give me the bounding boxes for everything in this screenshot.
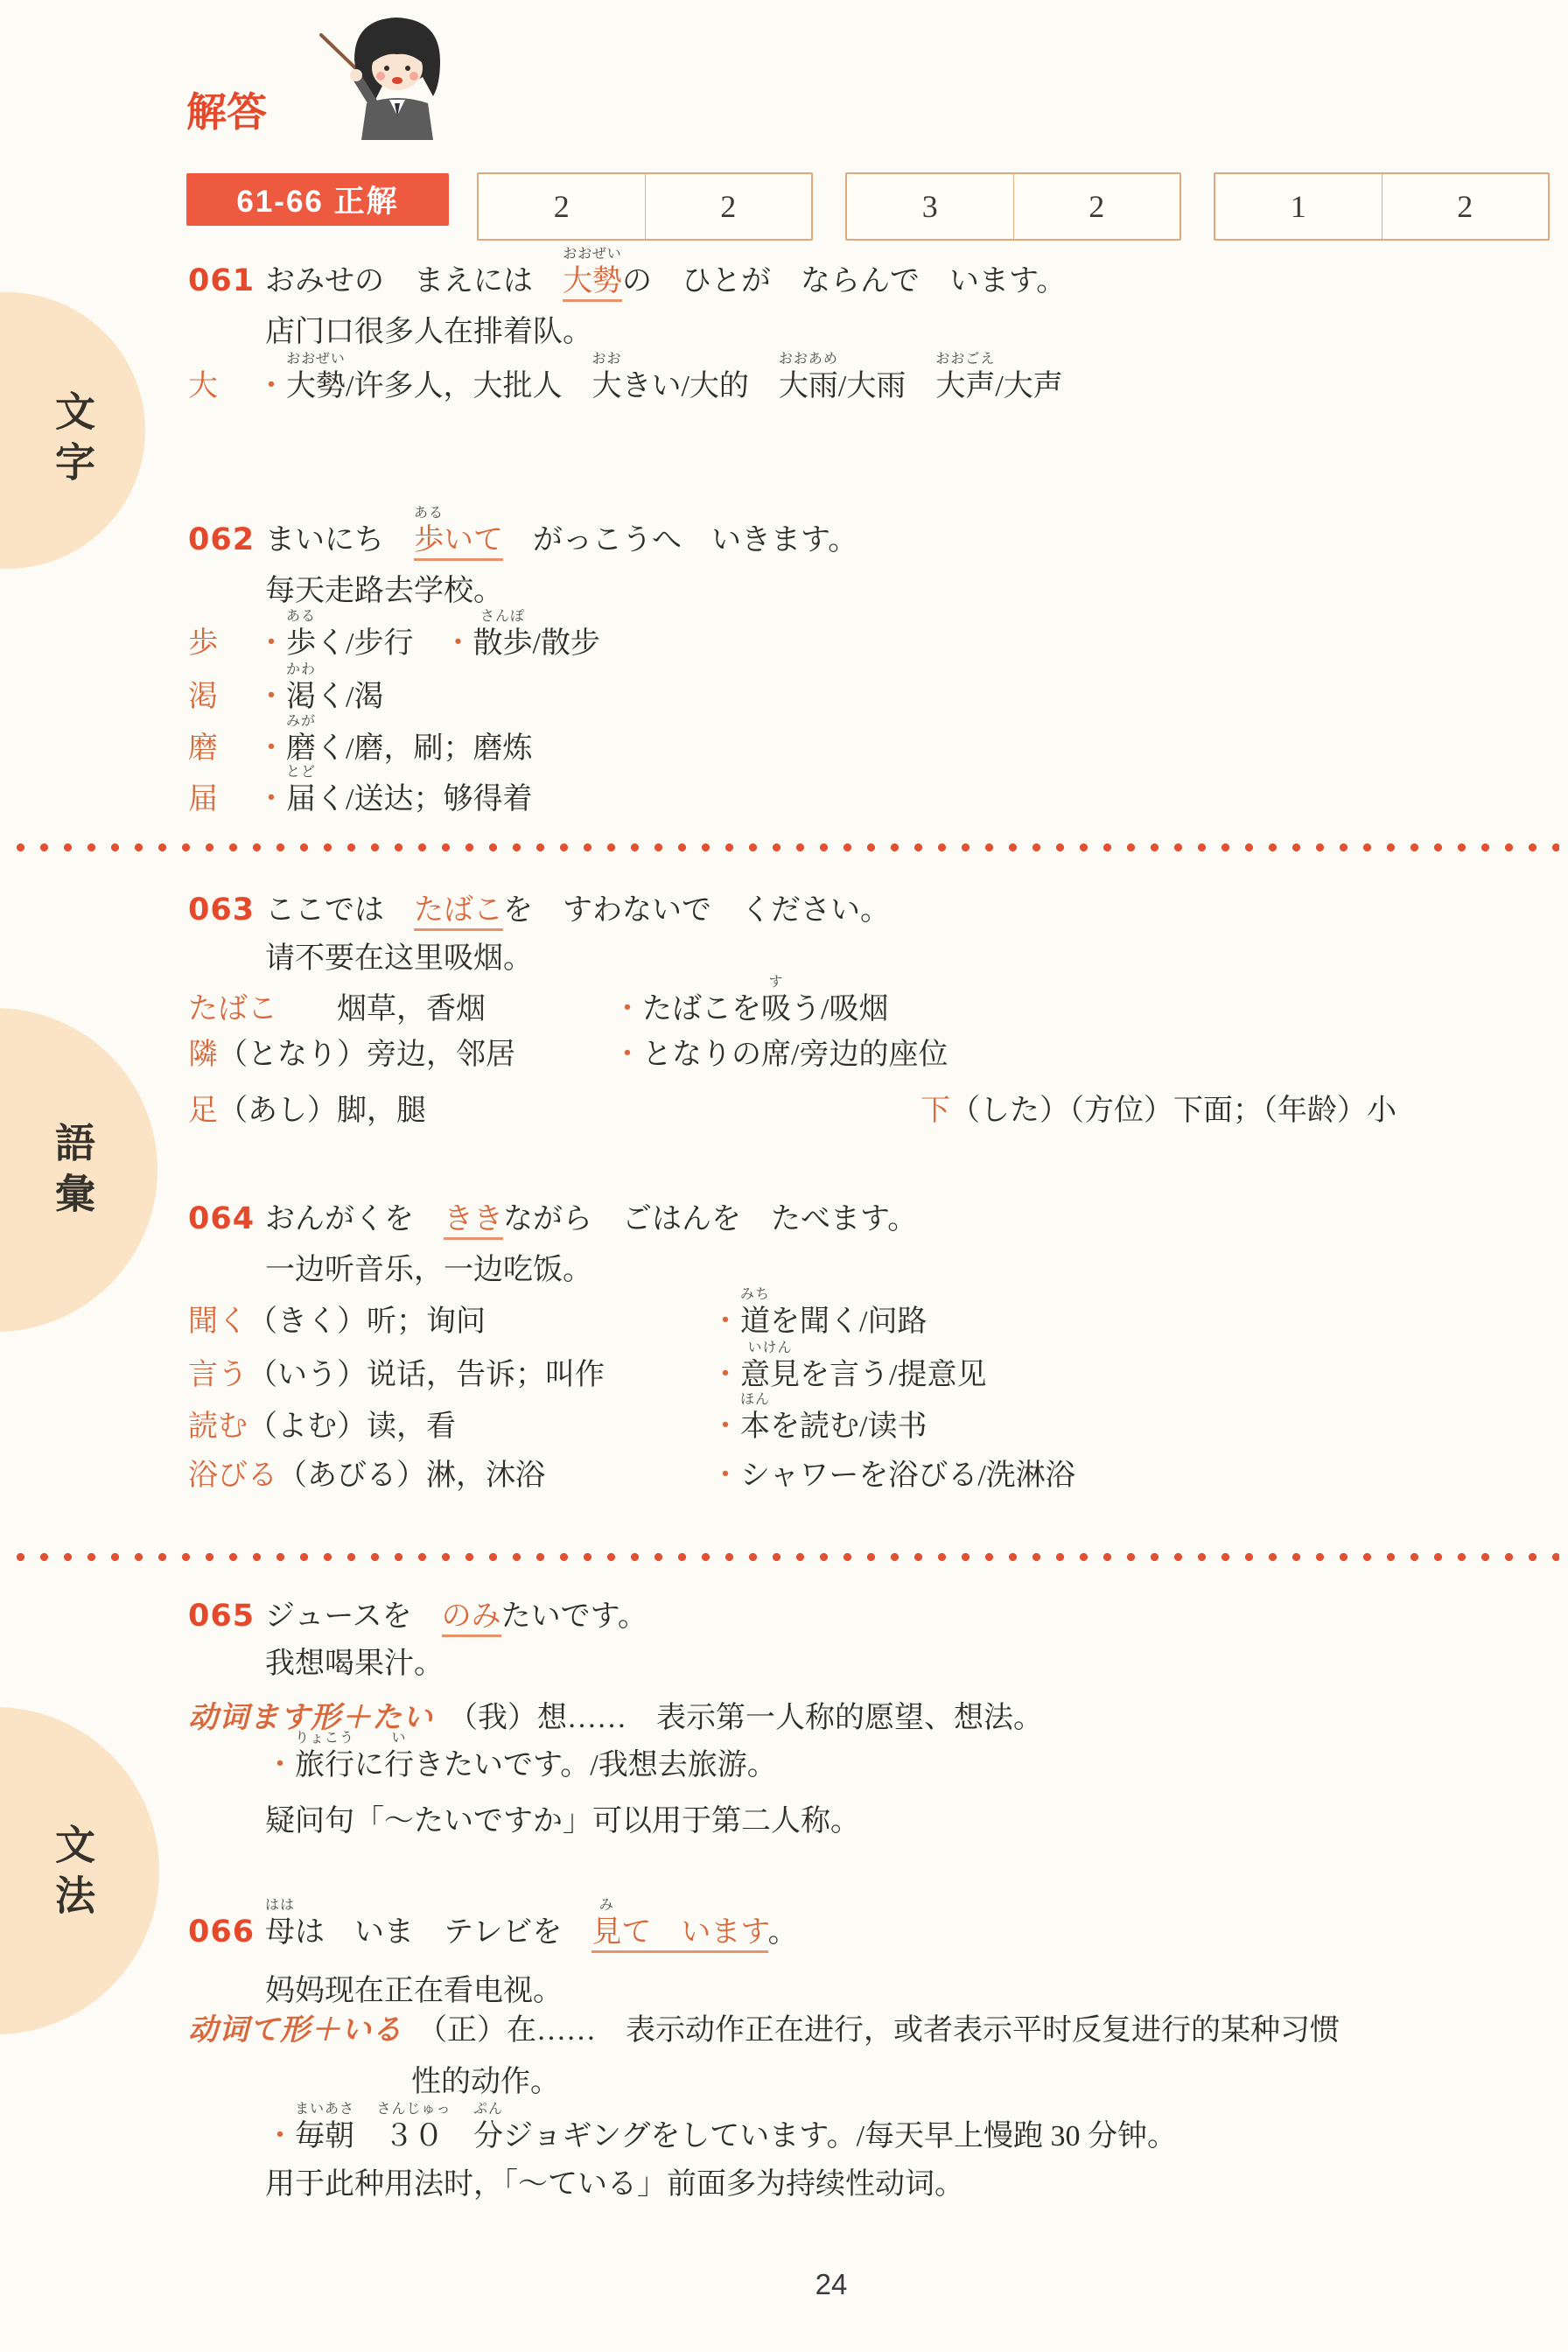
row-vocab2: 読む（よむ）读，看・本ほんを読む/读书 <box>188 1410 456 1445</box>
ruby-text: 旅行りょこう <box>295 1749 354 1781</box>
entry-headword: 歩 <box>188 626 256 662</box>
ruby-text: 母はは <box>265 1916 295 1949</box>
ruby-text: 散歩さんぽ <box>472 627 532 660</box>
entry-headword: 言う <box>188 1359 248 1391</box>
ruby-text: 道みち <box>740 1305 770 1338</box>
furigana: い <box>391 1730 406 1746</box>
row-vocab: 歩・歩あるく/步行 ・散歩さんぽ/散步 <box>188 626 600 662</box>
text-segment: ジュースを <box>265 1600 442 1633</box>
text-segment: ・ <box>256 732 286 765</box>
question-number: 063 <box>188 892 265 928</box>
row-trans: 每天走路去学校。 <box>265 574 503 610</box>
text-segment: （よむ）读，看 <box>248 1410 456 1443</box>
row-question-061: 061おみせの まえには 大勢おおぜいの ひとが ならんで います。 <box>188 262 1066 300</box>
furigana: おおあめ <box>779 351 838 367</box>
row-vocab2: 隣（となり）旁边，邻居・となりの席/旁边的座位 <box>188 1038 515 1074</box>
text-segment: きたいです。/我想去旅游。 <box>414 1749 777 1781</box>
furigana: ある <box>286 608 316 625</box>
row-example: ・旅行りょこうに行いきたいです。/我想去旅游。 <box>265 1748 777 1784</box>
entry-headword: 动词て形＋いる <box>188 2014 402 2047</box>
text-segment: 请不要在这里吸烟。 <box>265 942 533 975</box>
text-segment: ・ <box>256 783 286 815</box>
text-segment: おんがくを <box>265 1203 444 1235</box>
entry-headword: 浴びる <box>188 1459 277 1492</box>
furigana: す <box>768 974 783 990</box>
text-segment: ・ <box>265 2120 295 2152</box>
question-number: 062 <box>188 521 265 558</box>
text-segment: ・ <box>612 1039 642 1071</box>
ruby-text: 歩ある <box>286 627 316 660</box>
example-column: ・シャワーを浴びる/洗淋浴 <box>710 1459 1075 1494</box>
text-segment: ・ <box>265 1749 295 1781</box>
text-segment: く/磨，刷；磨炼 <box>316 732 532 765</box>
text-segment: う/吸烟 <box>791 993 888 1025</box>
text-segment: （あし）脚，腿 <box>218 1095 426 1127</box>
row-grammar: 动词て形＋いる （正）在…… 表示动作正在进行，或者表示平时反复进行的某种习惯 <box>188 2013 1340 2049</box>
text-segment: ・ <box>256 681 286 713</box>
text-segment: 烟草，香烟 <box>277 993 486 1025</box>
row-vocab2: 足（あし）脚，腿下（した）（方位）下面；（年龄）小 <box>188 1094 426 1130</box>
text-segment: ながら ごはんを たべます。 <box>503 1203 917 1235</box>
entry-headword: 届 <box>188 782 256 818</box>
sidebar-item-bunpou: 文法 <box>44 1823 101 1925</box>
text-segment: の ひとが ならんで います。 <box>622 265 1066 297</box>
example-column: ・たばこを吸すう/吸烟 <box>612 992 888 1028</box>
question-number: 061 <box>188 262 265 299</box>
furigana: みち <box>740 1286 770 1303</box>
textbook-page: 文字 語彙 文法 解答 61-66 正解 223212 061おみせの まえには… <box>0 0 1568 2352</box>
text-segment: ・ <box>710 1359 740 1391</box>
text-segment: いて <box>444 524 503 561</box>
text-segment: たいです。 <box>501 1600 647 1633</box>
ruby-text: 磨みが <box>286 732 316 765</box>
furigana: おおぜい <box>563 246 622 262</box>
text-segment: ・ <box>256 370 286 402</box>
text-segment: 每天走路去学校。 <box>265 575 503 607</box>
furigana: はは <box>265 1897 295 1914</box>
text-segment <box>354 2120 384 2152</box>
entry-headword: 足 <box>188 1095 218 1127</box>
text-segment: 疑问句「～たいですか」可以用于第二人称。 <box>265 1805 860 1837</box>
row-question-065: 065ジュースを のみたいです。 <box>188 1598 647 1635</box>
ruby-text: 見み <box>591 1916 621 1953</box>
furigana: み <box>599 1897 614 1914</box>
ruby-text: 分ぷん <box>473 2120 503 2152</box>
row-vocab2: 浴びる（あびる）淋，沐浴・シャワーを浴びる/洗淋浴 <box>188 1459 545 1494</box>
row-vocab2: 聞く（きく）听；询问・道みちを聞く/问路 <box>188 1305 486 1340</box>
sidebar-item-moji: 文字 <box>44 390 101 492</box>
question-number: 064 <box>188 1200 265 1237</box>
text-segment: ・ <box>710 1305 740 1338</box>
furigana: とど <box>286 764 316 780</box>
text-segment: きき <box>444 1203 503 1240</box>
example-column: ・となりの席/旁边的座位 <box>612 1038 948 1074</box>
text-segment: く/送达；够得着 <box>316 783 532 815</box>
text-segment: ジョギングをしています。/每天早上慢跑 30 分钟。 <box>503 2120 1177 2152</box>
row-question-064: 064おんがくを ききながら ごはんを たべます。 <box>188 1200 917 1238</box>
ruby-text: 渇かわ <box>286 681 316 713</box>
ruby-text: 大雨おおあめ <box>779 370 838 402</box>
entry-headword: たばこ <box>188 993 277 1025</box>
row-trans: 妈妈现在正在看电视。 <box>265 1974 563 2010</box>
text-segment: きい/大的 <box>621 370 778 402</box>
text-segment: て います <box>621 1916 767 1953</box>
furigana: まいあさ <box>295 2101 354 2117</box>
row-cont: 性的动作。 <box>411 2065 560 2101</box>
text-segment: （いう）说话，告诉；叫作 <box>248 1359 605 1391</box>
ruby-text: ３０さんじゅっ <box>384 2120 444 2152</box>
text-segment: 。 <box>768 1916 798 1949</box>
text-segment: ・ <box>710 1410 740 1443</box>
text-segment: 我想喝果汁。 <box>265 1648 444 1680</box>
entry-headword: 渇 <box>188 680 256 716</box>
text-segment: を読む/读书 <box>770 1410 927 1443</box>
row-trans: 店门口很多人在排着队。 <box>265 315 592 351</box>
example-column: ・道みちを聞く/问路 <box>710 1305 927 1340</box>
text-segment: となりの席/旁边的座位 <box>642 1039 948 1071</box>
text-segment: く/步行 <box>316 627 443 660</box>
furigana: かわ <box>286 661 316 678</box>
text-segment: ・ <box>256 627 286 660</box>
text-segment: ここでは <box>265 894 414 927</box>
example-column: ・本ほんを読む/读书 <box>710 1410 927 1445</box>
text-segment: がっこうへ いきます。 <box>503 524 857 556</box>
ruby-text: 本ほん <box>740 1410 770 1443</box>
text-segment: 用于此种用法时，「～ている」前面多为持续性动词。 <box>265 2168 964 2201</box>
row-vocab2: 言う（いう）说话，告诉；叫作・意見いけんを言う/提意见 <box>188 1358 605 1394</box>
text-segment: を すわないで ください。 <box>503 894 890 927</box>
ruby-text: 歩ある <box>414 524 444 561</box>
text-segment: く/渴 <box>316 681 383 713</box>
text-segment: 下 <box>920 1095 950 1127</box>
ruby-text: 大声おおごえ <box>935 370 995 402</box>
row-example: ・毎朝まいあさ ３０さんじゅっ 分ぷんジョギングをしています。/每天早上慢跑 3… <box>265 2119 1177 2155</box>
content-area: 061おみせの まえには 大勢おおぜいの ひとが ならんで います。店门口很多人… <box>188 0 1544 2352</box>
row-question-062: 062まいにち 歩あるいて がっこうへ いきます。 <box>188 521 857 559</box>
ruby-text: 大勢おおぜい <box>286 370 346 402</box>
row-vocab: 渇・渇かわく/渴 <box>188 680 383 716</box>
text-segment: シャワーを浴びる/洗淋浴 <box>740 1459 1075 1492</box>
text-segment: たばこ <box>414 894 503 931</box>
ruby-text: 行い <box>384 1749 414 1781</box>
ruby-text: 吸す <box>761 993 791 1025</box>
row-trans: 一边听音乐，一边吃饭。 <box>265 1253 592 1289</box>
entry-headword: 大 <box>188 369 256 405</box>
sidebar-item-goi: 語彙 <box>44 1122 101 1223</box>
row-vocab2: たばこ 烟草，香烟・たばこを吸すう/吸烟 <box>188 992 486 1028</box>
row-question-066: 066母ははは いま テレビを 見みて います。 <box>188 1914 798 1951</box>
furigana: みが <box>286 713 316 730</box>
text-segment: （した）（方位）下面；（年龄）小 <box>950 1095 1396 1127</box>
ruby-text: 毎朝まいあさ <box>295 2120 354 2152</box>
ruby-text: 意見いけん <box>740 1359 800 1391</box>
ruby-text: 大おお <box>591 370 621 402</box>
text-segment: に <box>354 1749 384 1781</box>
furigana: おおぜい <box>286 351 346 367</box>
example-column: 下（した）（方位）下面；（年龄）小 <box>920 1094 1396 1130</box>
row-trans: 用于此种用法时，「～ている」前面多为持续性动词。 <box>265 2167 964 2203</box>
text-segment: を言う/提意见 <box>800 1359 986 1391</box>
text-segment: ・ <box>612 993 642 1025</box>
dotted-divider <box>9 842 1559 852</box>
text-segment: （我）想…… 表示第一人称的愿望、想法。 <box>433 1702 1043 1734</box>
dotted-divider <box>9 1551 1559 1562</box>
text-segment: /大声 <box>995 370 1062 402</box>
text-segment: 妈妈现在正在看电视。 <box>265 1975 563 2007</box>
text-segment: 一边听音乐，一边吃饭。 <box>265 1254 592 1286</box>
ruby-text: 届とど <box>286 783 316 815</box>
question-number: 066 <box>188 1914 265 1950</box>
furigana: おおごえ <box>935 351 995 367</box>
row-question-063: 063ここでは たばこを すわないで ください。 <box>188 892 890 929</box>
text-segment: まいにち <box>265 524 414 556</box>
text-segment: を聞く/问路 <box>770 1305 927 1338</box>
text-segment: /许多人，大批人 <box>346 370 591 402</box>
furigana: ほん <box>740 1391 770 1408</box>
text-segment: は いま テレビを <box>295 1916 591 1949</box>
furigana: ぷん <box>473 2101 503 2117</box>
page-number: 24 <box>815 2268 848 2301</box>
ruby-text: 大勢おおぜい <box>563 265 622 302</box>
row-vocab: 大・大勢おおぜい/许多人，大批人 大おおきい/大的 大雨おおあめ/大雨 大声おお… <box>188 369 1063 405</box>
text-segment: （あびる）淋，沐浴 <box>277 1459 545 1492</box>
furigana: りょこう <box>295 1730 354 1746</box>
text-segment: /散步 <box>532 627 599 660</box>
text-segment: （きく）听；询问 <box>248 1305 486 1338</box>
text-segment: （正）在…… 表示动作正在进行，或者表示平时反复进行的某种习惯 <box>402 2014 1340 2047</box>
row-vocab: 届・届とどく/送达；够得着 <box>188 782 532 818</box>
furigana: いけん <box>747 1340 792 1356</box>
text-segment: のみ <box>442 1600 501 1637</box>
furigana: ある <box>414 505 444 521</box>
row-vocab: 磨・磨みがく/磨，刷；磨炼 <box>188 731 532 767</box>
text-segment <box>444 2120 473 2152</box>
text-segment: ・ <box>443 627 472 660</box>
text-segment: （となり）旁边，邻居 <box>218 1039 515 1071</box>
text-segment: 性的动作。 <box>411 2066 560 2098</box>
text-segment: おみせの まえには <box>265 265 563 297</box>
text-segment: たばこを <box>642 993 761 1025</box>
text-segment: /大雨 <box>838 370 935 402</box>
row-trans: 请不要在这里吸烟。 <box>265 941 533 977</box>
furigana: おお <box>591 351 621 367</box>
question-number: 065 <box>188 1598 265 1634</box>
furigana: さんぽ <box>480 608 525 625</box>
furigana: さんじゅっ <box>376 2101 451 2117</box>
text-segment: ・ <box>710 1459 740 1492</box>
entry-headword: 磨 <box>188 731 256 767</box>
entry-headword: 読む <box>188 1410 248 1443</box>
row-trans: 疑问句「～たいですか」可以用于第二人称。 <box>265 1804 860 1840</box>
text-segment: 店门口很多人在排着队。 <box>265 316 592 348</box>
example-column: ・意見いけんを言う/提意见 <box>710 1358 986 1394</box>
entry-headword: 聞く <box>188 1305 248 1338</box>
entry-headword: 隣 <box>188 1039 218 1071</box>
row-trans: 我想喝果汁。 <box>265 1647 444 1683</box>
